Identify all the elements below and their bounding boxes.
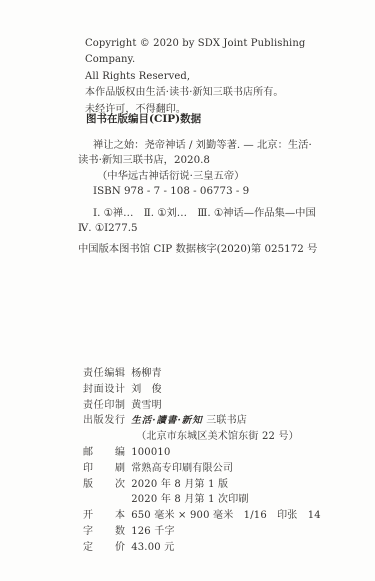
book-copyright-page: Copyright © 2020 by SDX Joint Publishing… <box>0 0 375 581</box>
colophon-value: 生活·讀書·新知 三联书店 <box>131 415 247 426</box>
colophon-value: 2020 年 8 月第 1 版 <box>131 479 228 490</box>
colophon-value: 黄雪明 <box>131 400 162 411</box>
colophon-label: 责任印制 <box>83 398 125 414</box>
colophon-label: 定价 <box>83 540 125 556</box>
colophon-value: 100010 <box>131 447 170 458</box>
colophon-value: 43.00 元 <box>131 542 174 553</box>
rights-reserved-line: All Rights Reserved, <box>85 69 355 85</box>
colophon-row-editor: 责任编辑 杨柳青 <box>83 366 361 382</box>
colophon-label: 版次 <box>83 477 125 493</box>
colophon-row-cover-design: 封面设计 刘 俊 <box>83 382 361 398</box>
colophon-block: 责任编辑 杨柳青 封面设计 刘 俊 责任印制 黄雪明 出版发行 生活·讀書·新知… <box>83 366 361 556</box>
colophon-label: 出版发行 <box>83 413 125 429</box>
cip-isbn-line: ISBN 978 - 7 - 108 - 06773 - 9 <box>78 184 357 199</box>
copyright-line-chinese: 本作品版权由生活·读书·新知三联书店所有。 <box>85 85 355 101</box>
colophon-value: 2020 年 8 月第 1 次印刷 <box>131 494 248 505</box>
colophon-label: 开本 <box>83 508 125 524</box>
cip-title-line2: 读书·新知三联书店，2020.8 <box>78 153 357 168</box>
colophon-label: 封面设计 <box>83 382 125 398</box>
colophon-value: 650 毫米 × 900 毫米 1/16 印张 14 <box>131 510 321 521</box>
colophon-row-address: （北京市东城区美术馆东街 22 号） <box>83 429 361 445</box>
cip-body: 禅让之始：尧帝神话 / 刘勤等著. — 北京：生活· 读书·新知三联书店，202… <box>78 138 357 258</box>
cip-class-line1: Ⅰ. ①禅… Ⅱ. ①刘… Ⅲ. ①神话—作品集—中国 <box>78 206 357 221</box>
colophon-row-format: 开本 650 毫米 × 900 毫米 1/16 印张 14 <box>83 508 361 524</box>
colophon-value: 126 千字 <box>131 526 174 537</box>
publisher-address: （北京市东城区美术馆东街 22 号） <box>131 431 299 442</box>
copyright-line-english: Copyright © 2020 by SDX Joint Publishing… <box>85 36 355 69</box>
cip-series-line: （中华远古神话衍说·三皇五帝） <box>78 169 357 184</box>
colophon-row-publisher: 出版发行 生活·讀書·新知 三联书店 <box>83 413 361 429</box>
colophon-row-price: 定价 43.00 元 <box>83 540 361 556</box>
copyright-block: Copyright © 2020 by SDX Joint Publishing… <box>85 36 355 118</box>
cip-registry-line: 中国版本图书馆 CIP 数据核字(2020)第 025172 号 <box>78 242 357 257</box>
colophon-row-print-supervisor: 责任印制 黄雪明 <box>83 398 361 414</box>
colophon-row-postcode: 邮编 100010 <box>83 445 361 461</box>
colophon-row-edition: 版次 2020 年 8 月第 1 版 <box>83 477 361 493</box>
colophon-value: 杨柳青 <box>131 368 162 379</box>
colophon-label: 邮编 <box>83 445 125 461</box>
colophon-label: 印刷 <box>83 461 125 477</box>
colophon-value: 常熟高专印刷有限公司 <box>131 463 233 474</box>
colophon-row-printing: 2020 年 8 月第 1 次印刷 <box>83 492 361 508</box>
publisher-name: 三联书店 <box>206 415 247 426</box>
cip-header: 图书在版编目(CIP)数据 <box>86 111 201 126</box>
colophon-row-wordcount: 字数 126 千字 <box>83 524 361 540</box>
colophon-label: 字数 <box>83 524 125 540</box>
colophon-row-printer: 印刷 常熟高专印刷有限公司 <box>83 461 361 477</box>
cip-title-line1: 禅让之始：尧帝神话 / 刘勤等著. — 北京：生活· <box>78 138 357 153</box>
publisher-logo-script: 生活·讀書·新知 <box>131 415 203 426</box>
cip-class-line2: Ⅳ. ①I277.5 <box>78 221 357 236</box>
colophon-value: 刘 俊 <box>131 384 162 395</box>
colophon-label: 责任编辑 <box>83 366 125 382</box>
